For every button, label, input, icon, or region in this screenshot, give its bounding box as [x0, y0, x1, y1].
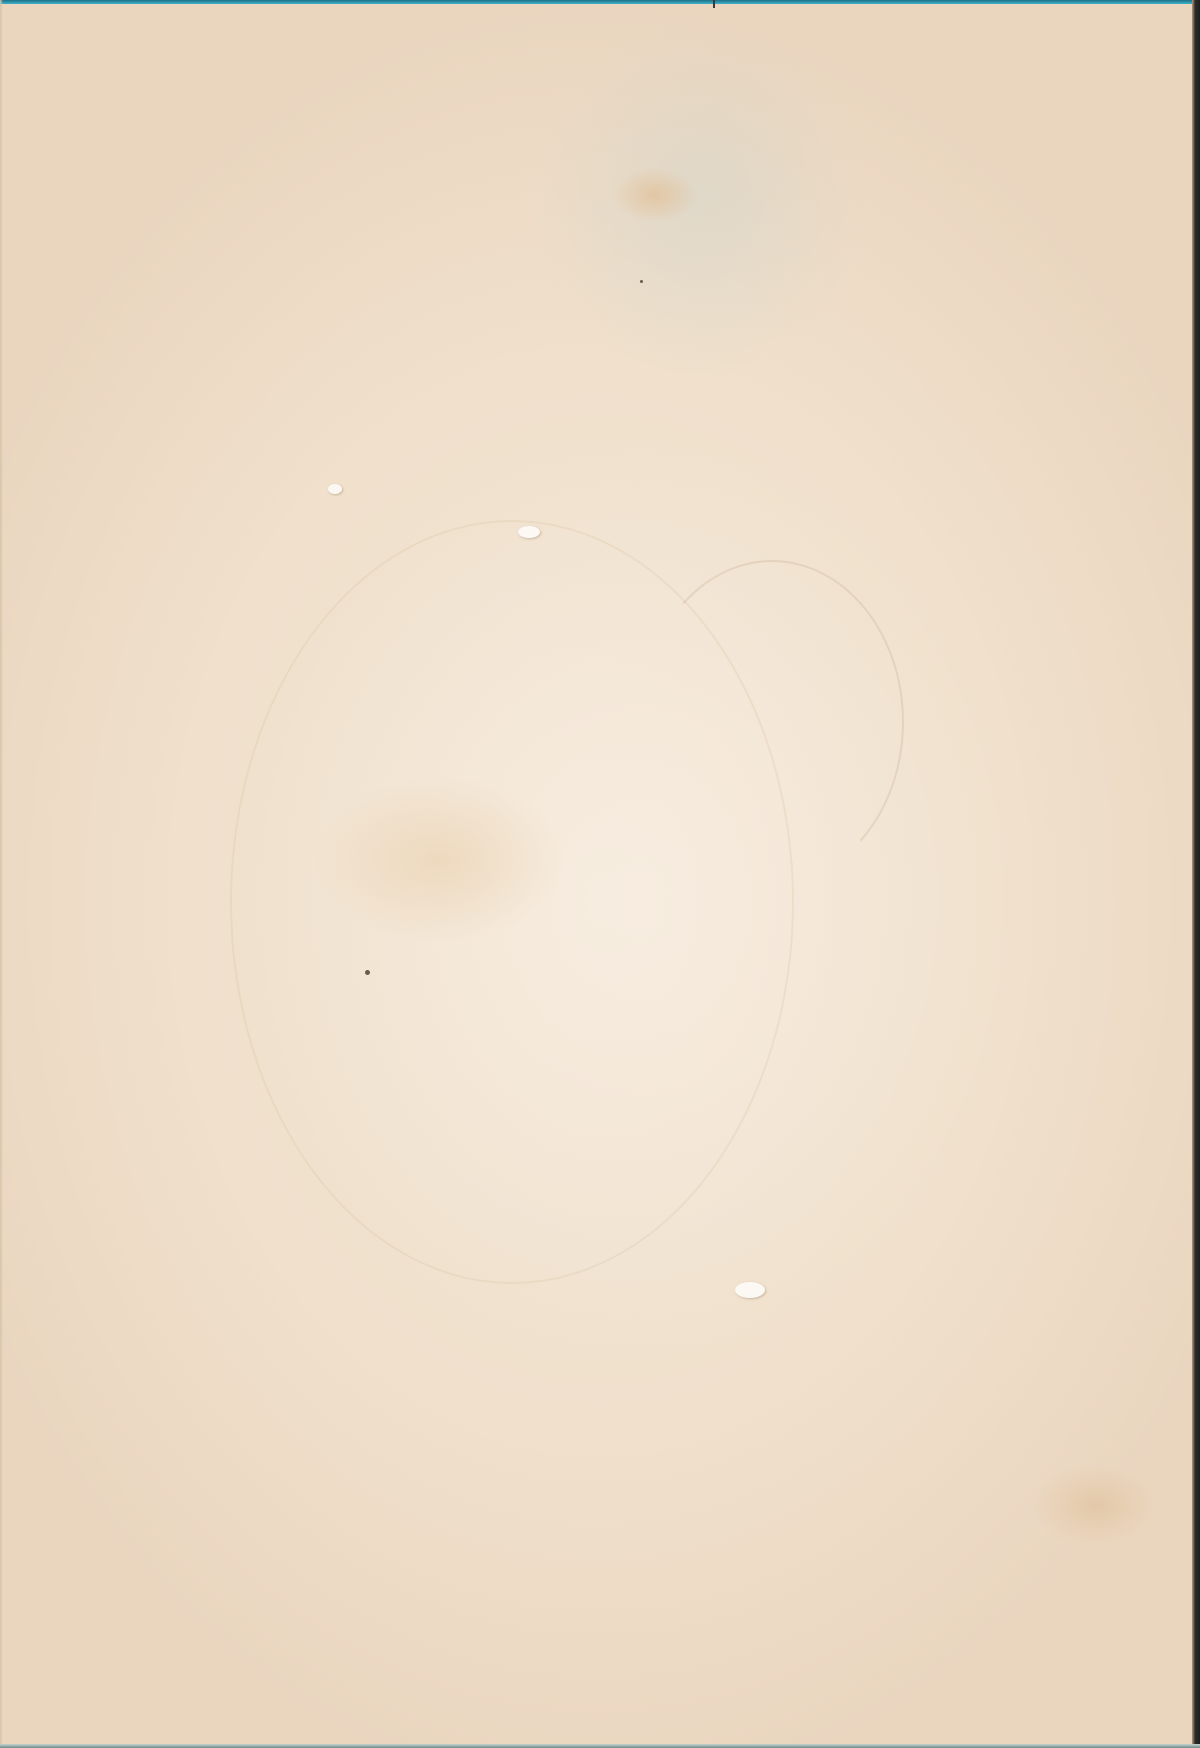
emboss-mark: [735, 1282, 765, 1298]
emboss-mark: [518, 526, 540, 538]
left-page-edge: [0, 0, 3, 1748]
spot-mark: [640, 280, 643, 283]
emboss-mark: [328, 484, 342, 494]
top-edge-tick: [713, 0, 715, 8]
top-edge-strip: [0, 0, 1200, 4]
arc-scuff-mark: [640, 560, 904, 884]
right-page-edge: [1192, 0, 1200, 1748]
scanned-page: [0, 0, 1200, 1748]
bottom-page-edge: [0, 1744, 1200, 1748]
spot-mark: [365, 970, 370, 975]
